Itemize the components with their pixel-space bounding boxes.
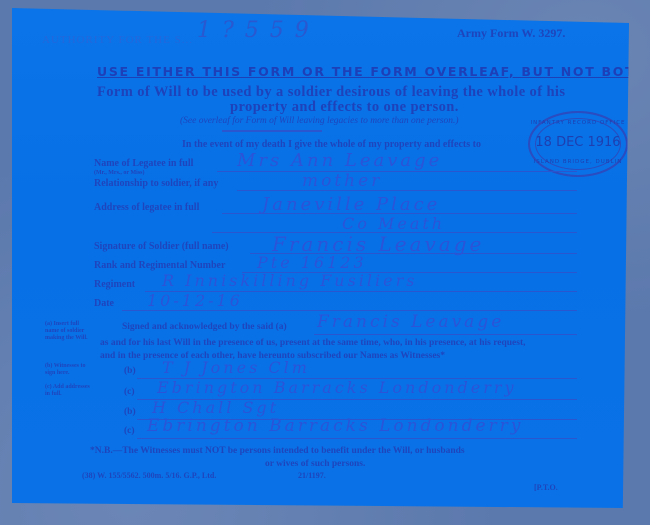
witness-2-address-marker: (c) — [124, 426, 135, 436]
address-label: Address of legatee in full — [94, 202, 199, 213]
witness-1-marker: (b) — [124, 366, 136, 376]
print-code: (38) W. 155/5562. 500m. 5/16. G.P., Ltd. — [82, 471, 216, 480]
witness-2-name: H Chall Sgt — [152, 398, 279, 417]
stamp-date: 18 DEC 1916 — [530, 135, 626, 150]
date-value: 10-12-16 — [147, 291, 243, 310]
faint-header-text: AUTHORITY FOR THE S... — [42, 34, 193, 46]
witness-1-address-marker: (c) — [124, 387, 135, 397]
margin-note-a: (a) Insert full name of soldier making t… — [45, 321, 90, 342]
rank-value: Pte 16123 — [257, 253, 367, 272]
attestation-line-2: as and for his last Will in the presence… — [100, 338, 526, 348]
field-line — [237, 190, 577, 191]
regiment-label: Regiment — [94, 279, 135, 290]
address-value-line-2: Co Meath — [342, 214, 445, 233]
attestation-line-1: Signed and acknowledged by the said (a) — [122, 322, 287, 332]
handwritten-reference-number: 1 ? 5 5 9 — [197, 18, 311, 43]
please-turn-over: [P.T.O. — [534, 483, 558, 492]
date-label: Date — [94, 298, 114, 309]
field-line — [217, 171, 577, 172]
witness-2-address: Ebrington Barracks Londonderry — [147, 416, 523, 436]
witness-1-name: T J Jones Clm — [162, 358, 310, 377]
legatee-name-sublabel: (Mr., Mrs., or Miss) — [94, 170, 145, 177]
regiment-value: R Inniskilling Fusiliers — [162, 271, 417, 290]
field-line — [137, 438, 577, 439]
signature-label: Signature of Soldier (full name) — [94, 241, 229, 252]
overleaf-note: (See overleaf for Form of Will leaving l… — [180, 116, 459, 126]
attestation-soldier-name: Francis Leavage — [317, 312, 504, 332]
field-line — [122, 310, 577, 311]
margin-note-b: (b) Witnesses to sign here. — [45, 363, 90, 377]
bequest-intro: In the event of my death I give the whol… — [182, 139, 481, 150]
relationship-value: mother — [302, 171, 382, 191]
address-value-line-1: Janeville Place — [262, 194, 440, 215]
legatee-name-value: Mrs Ann Leavage — [237, 150, 442, 171]
subheading-line-2: property and effects to one person. — [230, 99, 459, 116]
divider — [222, 130, 322, 132]
legatee-name-label: Name of Legatee in full — [94, 158, 193, 169]
witness-1-address: Ebrington Barracks Londonderry — [157, 378, 517, 397]
margin-note-c: (c) Add addresses in full. — [45, 384, 90, 398]
headline-instruction: USE EITHER THIS FORM OR THE FORM OVERLEA… — [97, 64, 650, 79]
nb-warning-line-1: *N.B.—The Witnesses must NOT be persons … — [90, 446, 465, 456]
stamp-top-text: INFANTRY RECORD OFFICE — [530, 120, 626, 126]
army-form-w3297: AUTHORITY FOR THE S... 1 ? 5 5 9 Army Fo… — [12, 8, 629, 508]
witness-2-marker: (b) — [124, 407, 136, 417]
field-line — [314, 334, 577, 335]
print-code-2: 21/1197. — [298, 471, 326, 480]
nb-warning-line-2: or wives of such persons. — [265, 459, 365, 469]
relationship-label: Relationship to soldier, if any — [94, 178, 218, 189]
rank-label: Rank and Regimental Number — [94, 260, 225, 271]
record-office-stamp: INFANTRY RECORD OFFICE 18 DEC 1916 ISLAN… — [528, 111, 628, 177]
form-number: Army Form W. 3297. — [457, 26, 565, 41]
stamp-bottom-text: ISLAND BRIDGE, DUBLIN — [530, 159, 626, 165]
